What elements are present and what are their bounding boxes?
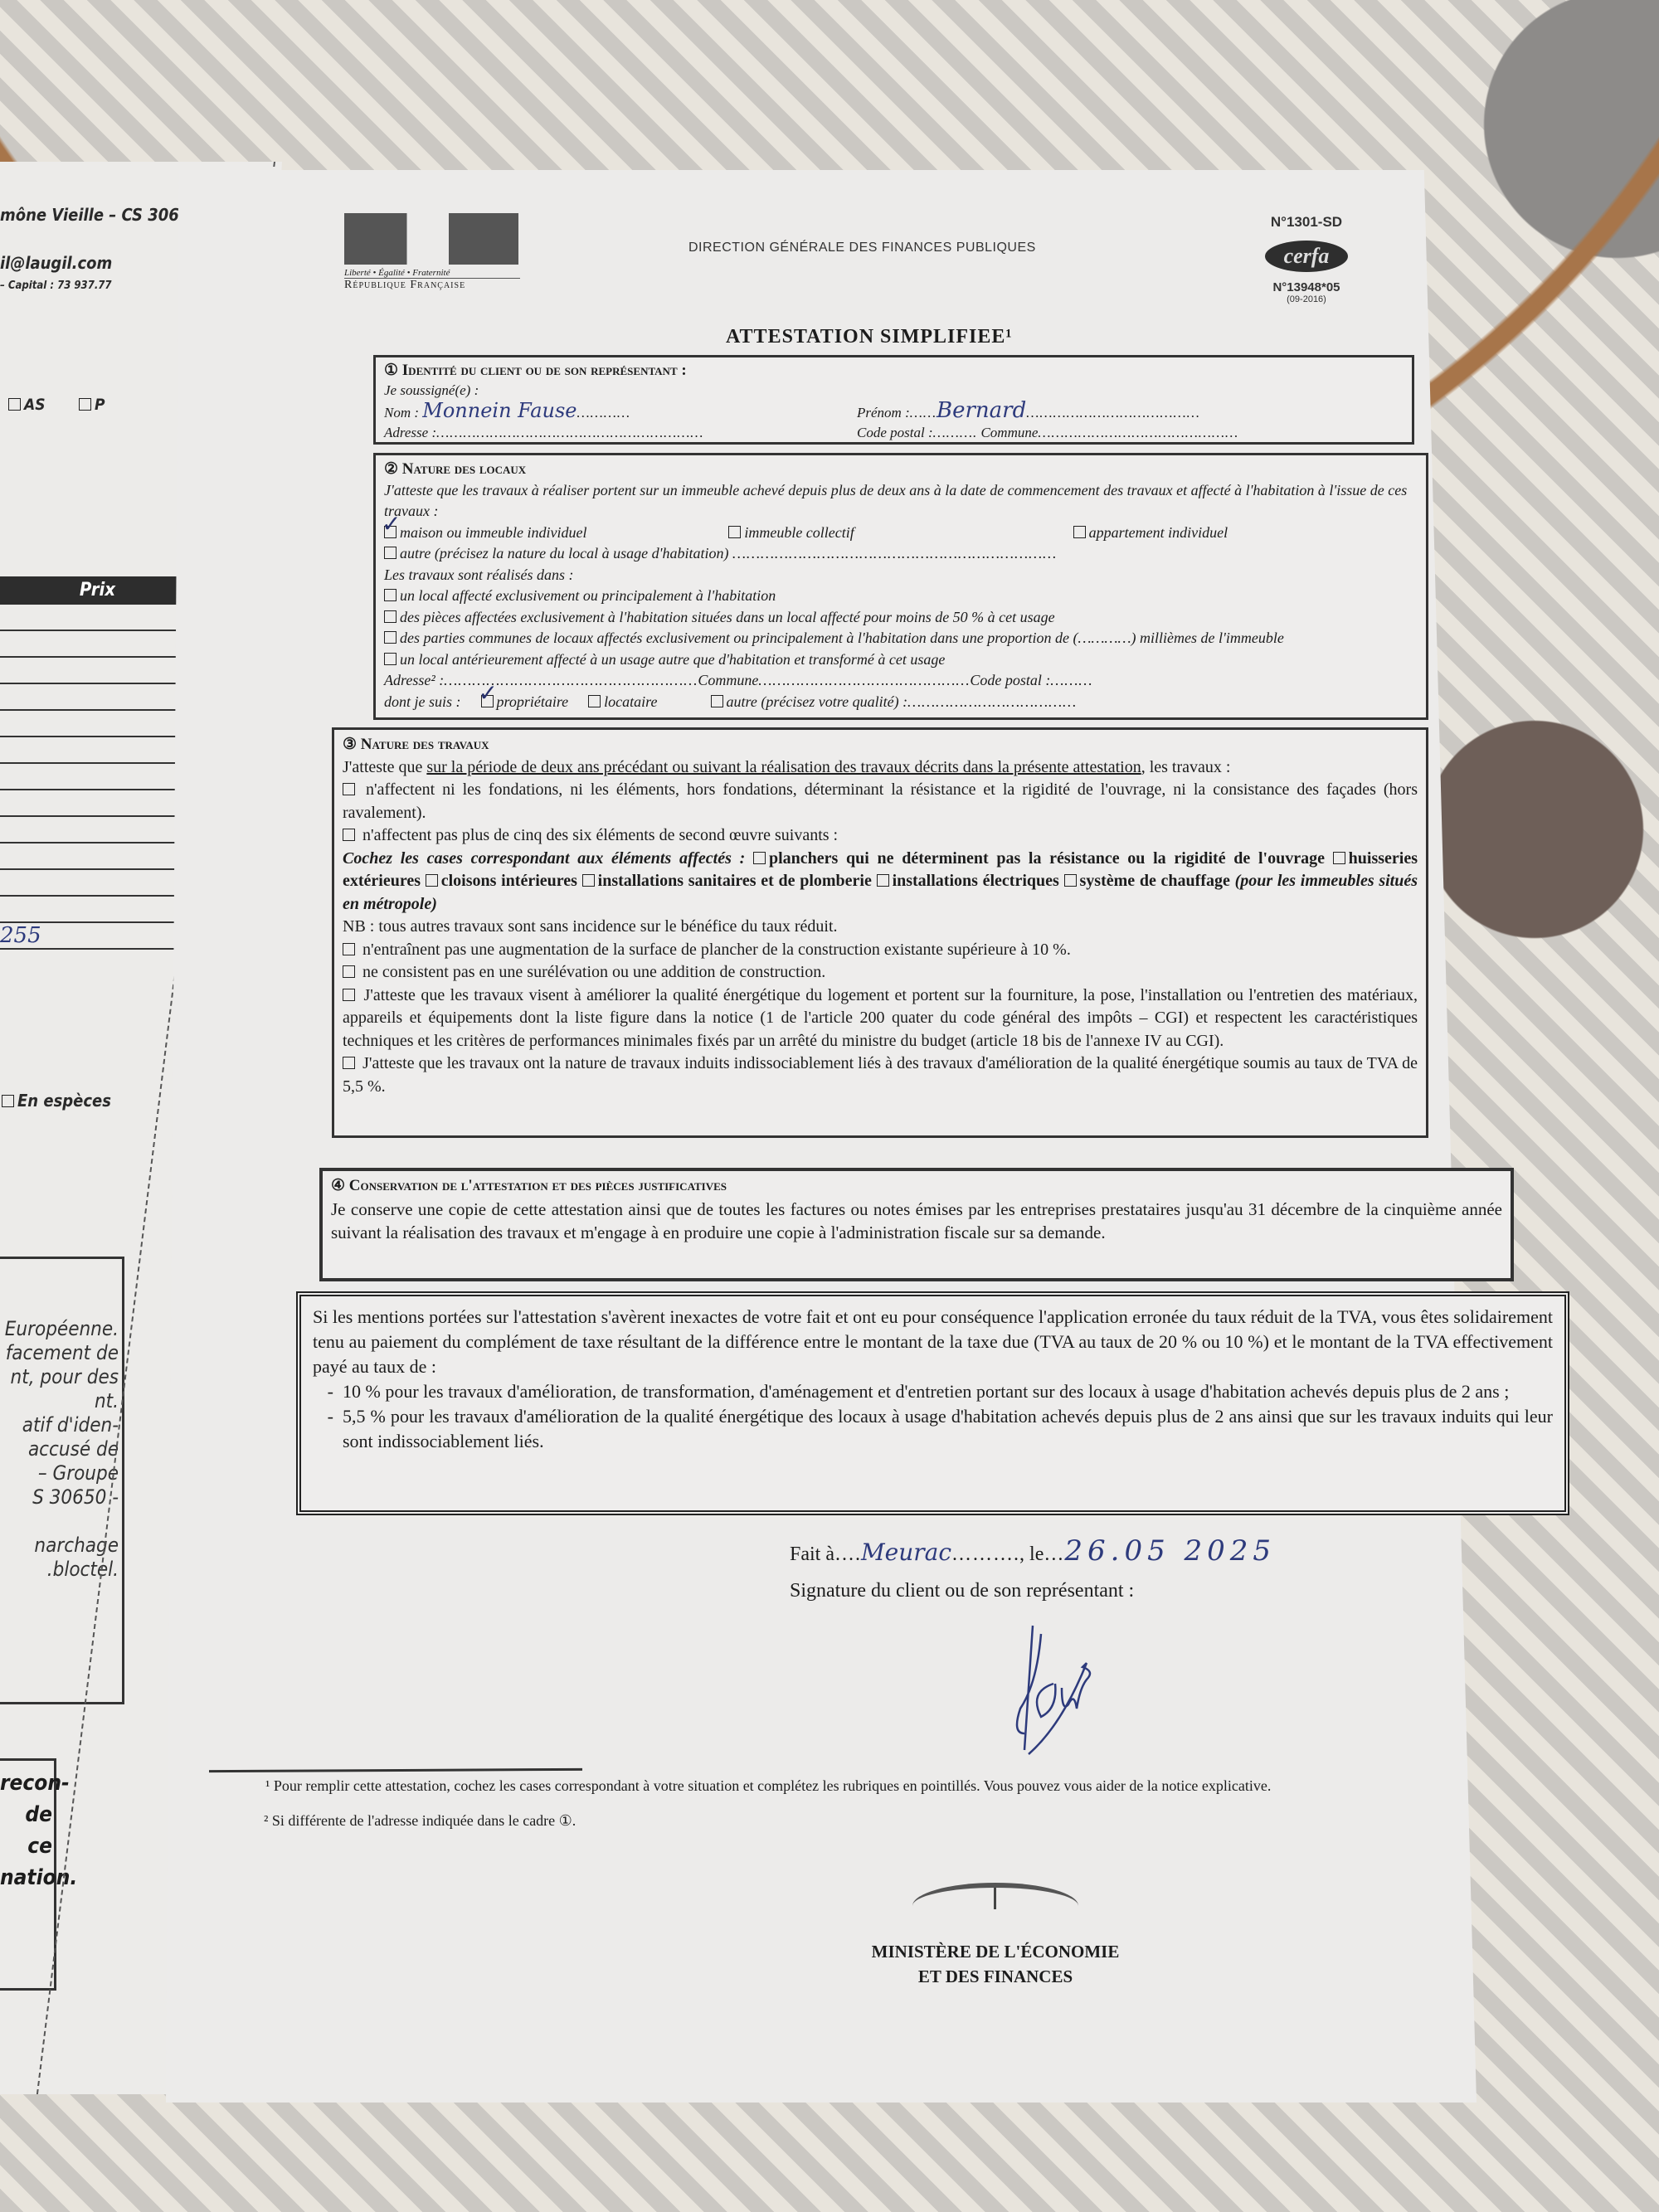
lieu-option-2[interactable]: des pièces affectées exclusivement à l'h… [384,607,1418,629]
section-travaux: ③ Nature des travaux J'atteste que sur l… [332,727,1428,1138]
fait-a-value: Meurac [861,1539,951,1566]
price-total-handwritten: 255 [0,923,41,948]
element-planchers[interactable]: planchers qui ne déterminent pas la rési… [753,849,1325,868]
checkbox-icon [8,398,21,411]
checkbox-icon [2,1095,14,1107]
leaflet-notice-box: Européenne.facement dent, pour desnt.ati… [0,1257,124,1704]
checkbox-icon [384,547,397,559]
checkbox-checked-icon [384,526,397,538]
leaflet-email: il@laugil.com [0,253,112,273]
qualite-autre[interactable]: autre (précisez votre qualité) :……………………… [711,692,1078,713]
checkbox-icon [728,526,741,538]
leaflet-capital: – Capital : 73 937.77 [0,280,112,292]
republique-logo: Liberté • Égalité • Fraternité Républiqu… [344,213,520,292]
page-title: ATTESTATION SIMPLIFIEE¹ [726,326,1013,348]
lieu-option-4[interactable]: un local antérieurement affecté à un usa… [384,649,1418,671]
direction-label: DIRECTION GÉNÉRALE DES FINANCES PUBLIQUE… [688,241,1036,255]
checkbox-icon [79,398,91,411]
cerfa-logo: cerfa [1265,241,1348,272]
element-chauffage[interactable]: système de chauffage [1064,872,1230,890]
code-postal-field[interactable]: Code postal :………. Commune……………………………………… [857,423,1238,443]
warning-box: Si les mentions portées sur l'attestatio… [296,1291,1569,1515]
leaflet-option-as[interactable]: AS [8,396,46,414]
footnote-2: ² Si différente de l'adresse indiquée da… [264,1812,576,1830]
adresse-field[interactable]: Adresse :…………………………………………………… [384,423,857,443]
date-value: 26.05 2025 [1064,1534,1276,1568]
price-table-header: Prix [0,576,195,605]
leaflet-address: mône Vieille – CS 30650 [0,205,200,225]
type-maison[interactable]: maison ou immeuble individuel [384,523,728,544]
checkbox-icon [343,829,355,841]
type-autre[interactable]: autre (précisez la nature du local à usa… [384,543,1418,565]
section-identity: ① Identité du client ou de son représent… [373,355,1414,445]
travaux-option-5[interactable]: J'atteste que les travaux visent à améli… [343,984,1418,1053]
checkbox-icon [588,695,601,707]
element-electriques[interactable]: installations électriques [877,872,1059,890]
checkbox-icon [384,589,397,601]
payment-cash[interactable]: En espèces [2,1091,111,1111]
checkbox-icon [384,631,397,644]
checkbox-icon [384,610,397,623]
footnote-1: ¹ Pour remplir cette attestation, cochez… [265,1777,1271,1795]
lieu-option-1[interactable]: un local affecté exclusivement ou princi… [384,586,1418,607]
checkbox-icon [343,783,355,795]
lieu-option-3[interactable]: des parties communes de locaux affectés … [384,628,1418,649]
price-table: Prix 255 [0,576,195,950]
type-collectif[interactable]: immeuble collectif [728,523,1073,544]
type-appartement[interactable]: appartement individuel [1073,523,1418,544]
fait-a-field[interactable]: Fait à….Meurac………., le…26.05 2025 [790,1534,1276,1568]
commune-field[interactable]: Commune [980,425,1038,440]
cerfa-block: N°1301-SD cerfa N°13948*05 (09-2016) [1248,214,1365,304]
marianne-icon [344,213,518,265]
handwritten-signature[interactable] [1004,1609,1170,1758]
locaux-adresse-field[interactable]: Adresse² :………………………………………………Commune……………… [384,670,1418,692]
travaux-option-4[interactable]: ne consistent pas en une surélévation ou… [343,961,1418,984]
travaux-option-3[interactable]: n'entraînent pas une augmentation de la … [343,939,1418,962]
checkbox-icon [343,965,355,978]
element-cloisons[interactable]: cloisons intérieures [426,872,577,890]
checkbox-icon [711,695,723,707]
form-number: N°1301-SD [1248,214,1365,231]
checkbox-icon [384,653,397,665]
cerfa-number: N°13948*05 [1248,280,1365,294]
ministere-arc-icon [912,1883,1078,1929]
cerfa-version: (09-2016) [1248,294,1365,304]
signature-label: Signature du client ou de son représenta… [790,1580,1134,1602]
checkbox-icon [343,943,355,955]
section-conservation: ④ Conservation de l'attestation et des p… [319,1168,1514,1281]
element-sanitaires[interactable]: installations sanitaires et de plomberie [582,872,872,890]
checkbox-icon [343,989,355,1001]
travaux-option-6[interactable]: J'atteste que les travaux ont la nature … [343,1053,1418,1098]
prenom-field[interactable]: Prénom :……Bernard………………………………… [857,401,1200,423]
checkbox-icon [1073,526,1086,538]
leaflet-bold-box: recon-de cenation. [0,1758,56,1991]
checkbox-checked-icon [481,695,494,707]
nom-field[interactable]: Nom : Monnein Fause………… [384,401,857,423]
travaux-option-1[interactable]: n'affectent ni les fondations, ni les él… [343,779,1418,824]
section-locaux: ② Nature des locaux J'atteste que les tr… [373,453,1428,720]
qualite-proprietaire[interactable]: propriétaire [481,692,569,713]
ministere-logo: MINISTÈRE DE L'ÉCONOMIE ET DES FINANCES [871,1883,1120,1989]
checkbox-icon [343,1057,355,1069]
travaux-option-2[interactable]: n'affectent pas plus de cinq des six élé… [343,824,1418,848]
leaflet-option-p[interactable]: P [79,396,105,414]
qualite-locataire[interactable]: locataire [588,692,657,713]
